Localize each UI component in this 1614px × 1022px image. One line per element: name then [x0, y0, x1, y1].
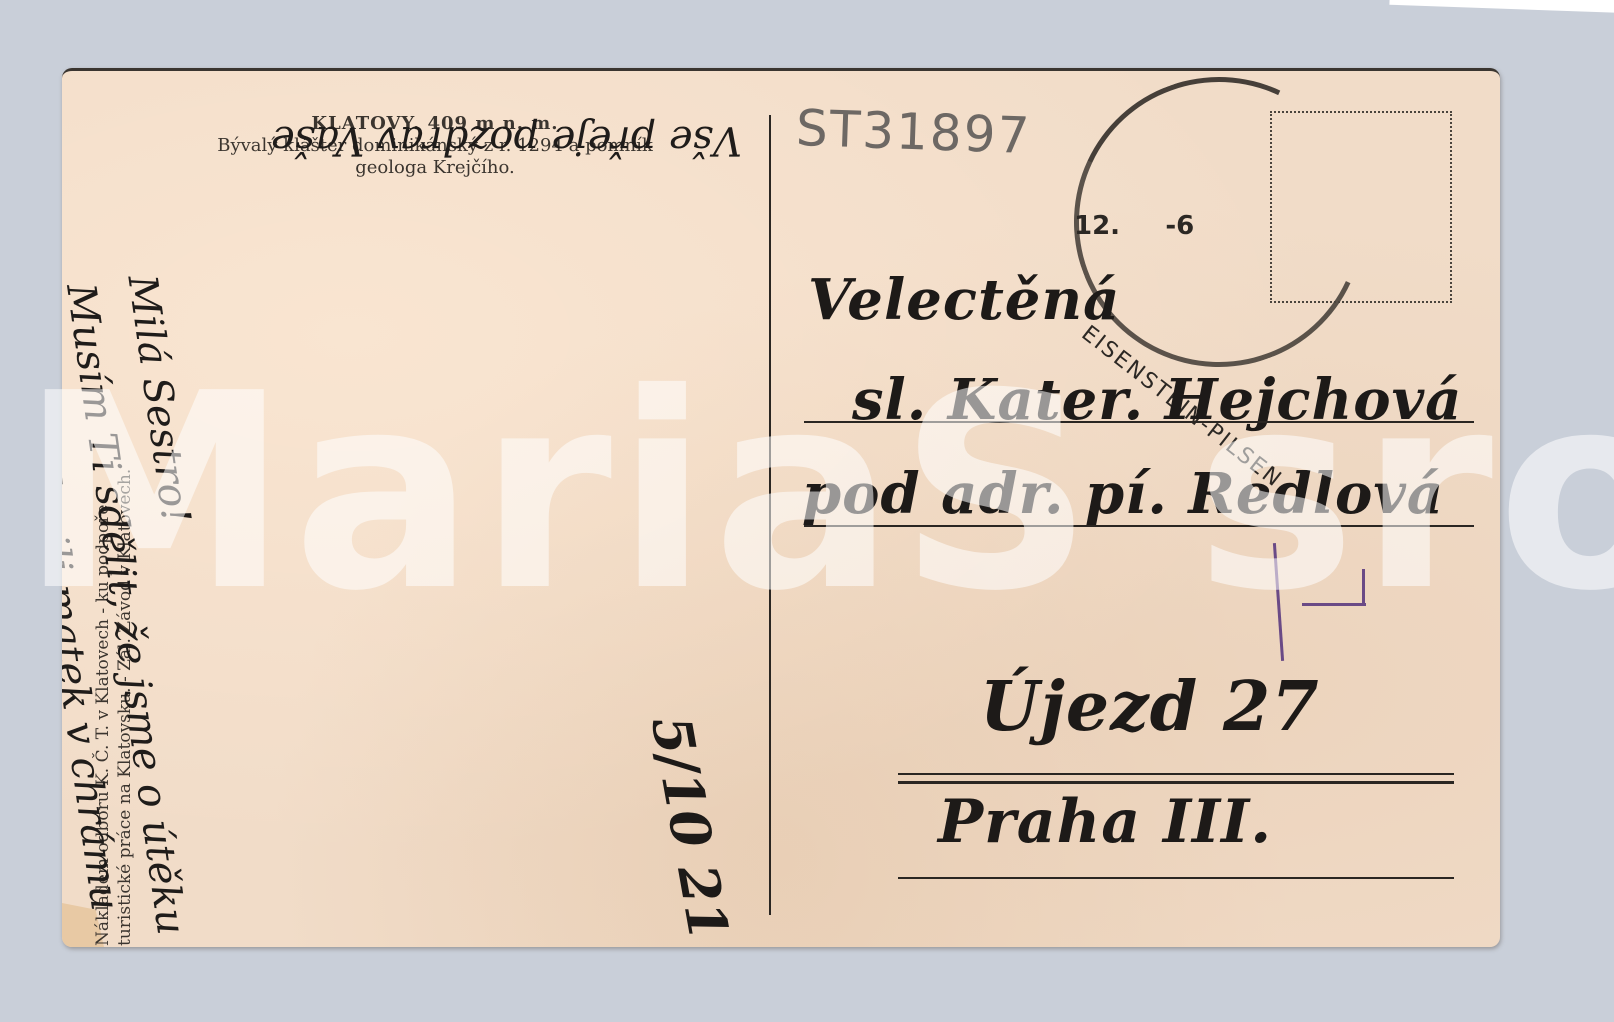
- address-rule-3a: [898, 773, 1454, 775]
- address-rule-4: [898, 877, 1454, 879]
- postmark-date: 12. -6: [1074, 211, 1194, 241]
- address-rule-3b: [898, 781, 1454, 784]
- postmark-month: -6: [1165, 211, 1194, 241]
- address-rule-2: [804, 525, 1474, 527]
- address-line-3: Újezd 27: [980, 667, 1320, 747]
- postmark-day: 12.: [1074, 211, 1120, 241]
- purple-pencil-mark: [1302, 603, 1366, 606]
- pencil-reference-number: ST31897: [795, 99, 1032, 165]
- address-salutation: Velectěná: [808, 267, 1120, 333]
- handwritten-date: 5/10 21: [639, 711, 741, 945]
- postcard: KLATOVY. 409 m n. m. Bývalý klášter domi…: [62, 68, 1500, 947]
- address-line-2: pod adr. pí. Redlová: [802, 461, 1444, 527]
- purple-pencil-mark: [1362, 569, 1365, 605]
- address-line-4: Praha III.: [938, 787, 1272, 857]
- upside-down-note: Vše přeje pozdrav Vaše: [271, 117, 742, 163]
- center-divider-line: [769, 115, 771, 915]
- address-line-1: sl. Kater. Hejchová: [852, 367, 1462, 433]
- address-rule-1: [804, 421, 1474, 423]
- background-paper-corner: [1389, 0, 1614, 15]
- purple-pencil-mark: [1273, 543, 1284, 661]
- handwritten-message: Milá Sestro! Musím Ti sdělit, že jsme o …: [62, 271, 263, 947]
- stamp-box: [1270, 111, 1452, 303]
